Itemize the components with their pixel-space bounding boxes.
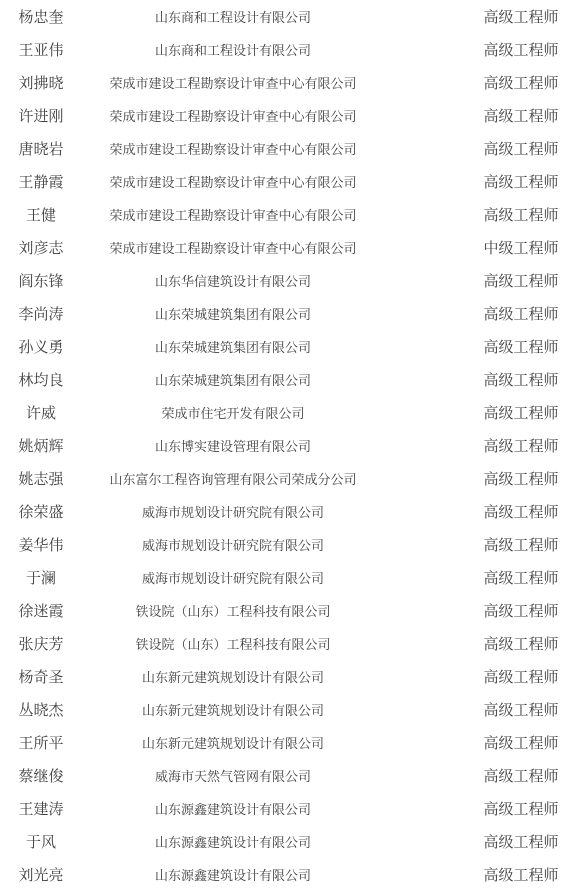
- engineer-name: 徐迷霞: [0, 600, 82, 621]
- engineer-name: 许威: [0, 402, 82, 423]
- job-title: 高级工程师: [384, 303, 588, 324]
- table-row: 王静霞 荣成市建设工程勘察设计审查中心有限公司 高级工程师: [0, 165, 588, 198]
- table-row: 孙义勇 山东荣城建筑集团有限公司 高级工程师: [0, 330, 588, 363]
- job-title: 高级工程师: [384, 435, 588, 456]
- engineer-name: 徐荣盛: [0, 501, 82, 522]
- job-title: 高级工程师: [384, 831, 588, 852]
- table-row: 刘拂晓 荣成市建设工程勘察设计审查中心有限公司 高级工程师: [0, 66, 588, 99]
- job-title: 高级工程师: [384, 369, 588, 390]
- engineer-name: 于澜: [0, 567, 82, 588]
- company-name: 威海市规划设计研究院有限公司: [82, 535, 384, 554]
- job-title: 高级工程师: [384, 534, 588, 555]
- engineer-name: 姚志强: [0, 468, 82, 489]
- company-name: 山东荣城建筑集团有限公司: [82, 304, 384, 323]
- table-body: 杨忠奎 山东商和工程设计有限公司 高级工程师 王亚伟 山东商和工程设计有限公司 …: [0, 0, 588, 891]
- engineer-name: 孙义勇: [0, 336, 82, 357]
- job-title: 高级工程师: [384, 699, 588, 720]
- job-title: 高级工程师: [384, 72, 588, 93]
- company-name: 山东荣城建筑集团有限公司: [82, 370, 384, 389]
- table-row: 唐晓岩 荣成市建设工程勘察设计审查中心有限公司 高级工程师: [0, 132, 588, 165]
- company-name: 山东荣城建筑集团有限公司: [82, 337, 384, 356]
- table-row: 许威 荣成市住宅开发有限公司 高级工程师: [0, 396, 588, 429]
- table-row: 姚志强 山东富尔工程咨询管理有限公司荣成分公司 高级工程师: [0, 462, 588, 495]
- table-row: 蔡继俊 威海市天然气管网有限公司 高级工程师: [0, 759, 588, 792]
- table-row: 刘彦志 荣成市建设工程勘察设计审查中心有限公司 中级工程师: [0, 231, 588, 264]
- table-row: 刘光亮 山东源鑫建筑设计有限公司 高级工程师: [0, 858, 588, 891]
- table-row: 于风 山东源鑫建筑设计有限公司 高级工程师: [0, 825, 588, 858]
- engineer-name: 王健: [0, 204, 82, 225]
- engineer-name: 唐晓岩: [0, 138, 82, 159]
- company-name: 山东博实建设管理有限公司: [82, 436, 384, 455]
- engineer-name: 王建涛: [0, 798, 82, 819]
- engineer-name: 姜华伟: [0, 534, 82, 555]
- company-name: 荣成市建设工程勘察设计审查中心有限公司: [82, 139, 384, 158]
- company-name: 山东源鑫建筑设计有限公司: [82, 865, 384, 884]
- engineer-name: 李尚涛: [0, 303, 82, 324]
- engineer-name: 许进刚: [0, 105, 82, 126]
- company-name: 山东新元建筑规划设计有限公司: [82, 733, 384, 752]
- engineer-name: 于风: [0, 831, 82, 852]
- job-title: 高级工程师: [384, 633, 588, 654]
- engineer-name: 杨忠奎: [0, 6, 82, 27]
- job-title: 高级工程师: [384, 171, 588, 192]
- table-row: 姜华伟 威海市规划设计研究院有限公司 高级工程师: [0, 528, 588, 561]
- table-row: 徐迷霞 铁设院（山东）工程科技有限公司 高级工程师: [0, 594, 588, 627]
- job-title: 高级工程师: [384, 402, 588, 423]
- engineer-name: 刘拂晓: [0, 72, 82, 93]
- table-row: 丛晓杰 山东新元建筑规划设计有限公司 高级工程师: [0, 693, 588, 726]
- engineer-name: 王静霞: [0, 171, 82, 192]
- company-name: 铁设院（山东）工程科技有限公司: [82, 601, 384, 620]
- table-row: 李尚涛 山东荣城建筑集团有限公司 高级工程师: [0, 297, 588, 330]
- job-title: 高级工程师: [384, 798, 588, 819]
- table-row: 许进刚 荣成市建设工程勘察设计审查中心有限公司 高级工程师: [0, 99, 588, 132]
- company-name: 山东源鑫建筑设计有限公司: [82, 799, 384, 818]
- engineer-name: 刘光亮: [0, 864, 82, 885]
- company-name: 山东新元建筑规划设计有限公司: [82, 667, 384, 686]
- company-name: 山东新元建筑规划设计有限公司: [82, 700, 384, 719]
- job-title: 高级工程师: [384, 204, 588, 225]
- job-title: 高级工程师: [384, 138, 588, 159]
- company-name: 山东富尔工程咨询管理有限公司荣成分公司: [82, 469, 384, 488]
- job-title: 高级工程师: [384, 732, 588, 753]
- job-title: 高级工程师: [384, 336, 588, 357]
- company-name: 荣成市建设工程勘察设计审查中心有限公司: [82, 172, 384, 191]
- company-name: 荣成市建设工程勘察设计审查中心有限公司: [82, 106, 384, 125]
- engineer-name: 王所平: [0, 732, 82, 753]
- job-title: 高级工程师: [384, 39, 588, 60]
- table-row: 于澜 威海市规划设计研究院有限公司 高级工程师: [0, 561, 588, 594]
- company-name: 荣成市建设工程勘察设计审查中心有限公司: [82, 205, 384, 224]
- table-row: 阎东锋 山东华信建筑设计有限公司 高级工程师: [0, 264, 588, 297]
- engineer-name: 张庆芳: [0, 633, 82, 654]
- table-row: 王健 荣成市建设工程勘察设计审查中心有限公司 高级工程师: [0, 198, 588, 231]
- table-row: 王建涛 山东源鑫建筑设计有限公司 高级工程师: [0, 792, 588, 825]
- table-row: 姚炳辉 山东博实建设管理有限公司 高级工程师: [0, 429, 588, 462]
- table-row: 王亚伟 山东商和工程设计有限公司 高级工程师: [0, 33, 588, 66]
- company-name: 山东商和工程设计有限公司: [82, 40, 384, 59]
- job-title: 高级工程师: [384, 468, 588, 489]
- company-name: 威海市规划设计研究院有限公司: [82, 502, 384, 521]
- job-title: 高级工程师: [384, 6, 588, 27]
- job-title: 高级工程师: [384, 600, 588, 621]
- engineer-name: 林均良: [0, 369, 82, 390]
- company-name: 威海市天然气管网有限公司: [82, 766, 384, 785]
- job-title: 中级工程师: [384, 237, 588, 258]
- job-title: 高级工程师: [384, 864, 588, 885]
- table-row: 林均良 山东荣城建筑集团有限公司 高级工程师: [0, 363, 588, 396]
- job-title: 高级工程师: [384, 567, 588, 588]
- company-name: 山东商和工程设计有限公司: [82, 7, 384, 26]
- table-row: 杨奇圣 山东新元建筑规划设计有限公司 高级工程师: [0, 660, 588, 693]
- company-name: 荣成市建设工程勘察设计审查中心有限公司: [82, 238, 384, 257]
- engineer-registry-table: 杨忠奎 山东商和工程设计有限公司 高级工程师 王亚伟 山东商和工程设计有限公司 …: [0, 0, 588, 891]
- engineer-name: 刘彦志: [0, 237, 82, 258]
- job-title: 高级工程师: [384, 105, 588, 126]
- job-title: 高级工程师: [384, 270, 588, 291]
- job-title: 高级工程师: [384, 501, 588, 522]
- company-name: 威海市规划设计研究院有限公司: [82, 568, 384, 587]
- company-name: 山东华信建筑设计有限公司: [82, 271, 384, 290]
- job-title: 高级工程师: [384, 765, 588, 786]
- engineer-name: 姚炳辉: [0, 435, 82, 456]
- company-name: 荣成市建设工程勘察设计审查中心有限公司: [82, 73, 384, 92]
- engineer-name: 杨奇圣: [0, 666, 82, 687]
- table-row: 王所平 山东新元建筑规划设计有限公司 高级工程师: [0, 726, 588, 759]
- company-name: 荣成市住宅开发有限公司: [82, 403, 384, 422]
- engineer-name: 阎东锋: [0, 270, 82, 291]
- engineer-name: 丛晓杰: [0, 699, 82, 720]
- company-name: 山东源鑫建筑设计有限公司: [82, 832, 384, 851]
- company-name: 铁设院（山东）工程科技有限公司: [82, 634, 384, 653]
- engineer-name: 蔡继俊: [0, 765, 82, 786]
- table-row: 张庆芳 铁设院（山东）工程科技有限公司 高级工程师: [0, 627, 588, 660]
- table-row: 杨忠奎 山东商和工程设计有限公司 高级工程师: [0, 0, 588, 33]
- job-title: 高级工程师: [384, 666, 588, 687]
- engineer-name: 王亚伟: [0, 39, 82, 60]
- table-row: 徐荣盛 威海市规划设计研究院有限公司 高级工程师: [0, 495, 588, 528]
